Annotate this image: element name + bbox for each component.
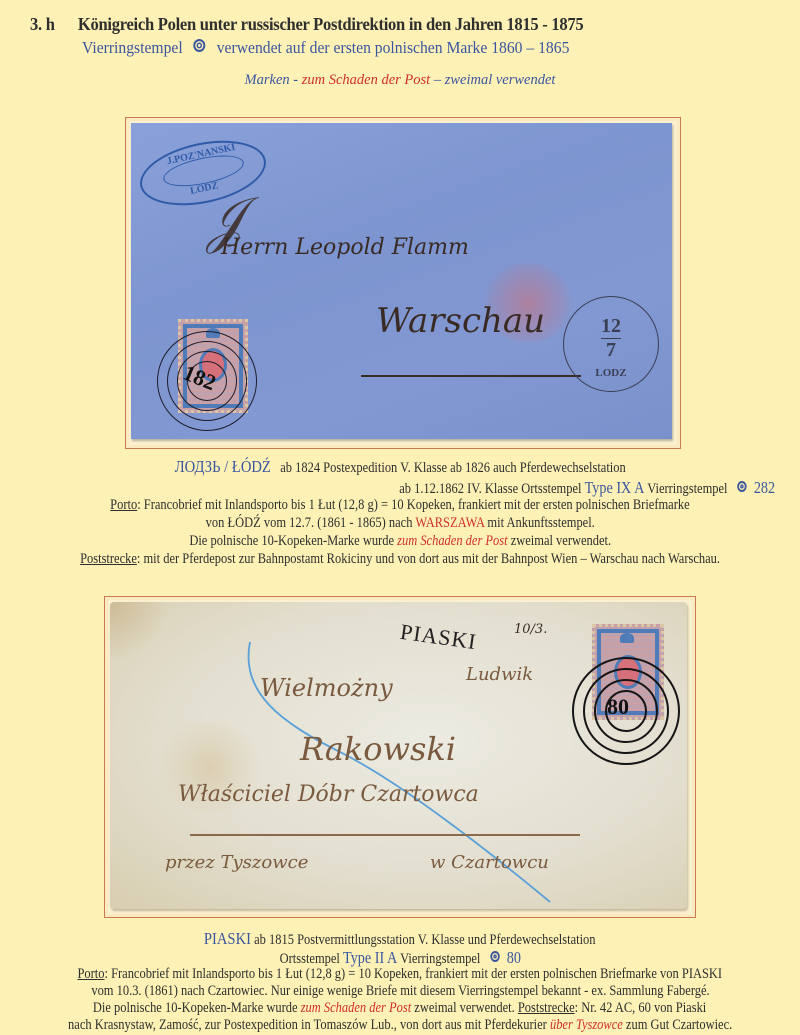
address-underline <box>190 834 580 836</box>
poststrecke-label: Poststrecke <box>80 551 137 567</box>
cover-image-piaski: PIASKI 10/3. Ludwik Wielmożny Rakowski W… <box>110 602 687 909</box>
porto-text: : Francobrief mit Inlandsporto bis 1 Łut… <box>105 966 723 982</box>
subtitle-left: Vierringstempel <box>82 38 183 57</box>
piaski-line5-red: zum Schaden der Post <box>301 1000 411 1016</box>
address-line1: Wielmożny <box>260 674 393 702</box>
piaski-line5-b: zweimal verwendet. <box>412 1000 519 1016</box>
cds-day: 12 <box>564 315 658 338</box>
piaski-line4: vom 10.3. (1861) nach Czartowiec. Nur ei… <box>91 983 709 1000</box>
four-ring-cancel-icon <box>737 481 746 492</box>
route-via-tyszowce: über Tyszowce <box>550 1017 623 1033</box>
page-title: 3. hKönigreich Polen unter russischer Po… <box>30 14 583 35</box>
town-name-lodz: ЛОДЗЬ / ŁÓDŹ <box>174 457 270 476</box>
town-name-piaski: PIASKI <box>204 929 251 948</box>
piaski-line2-a: Ortsstempel <box>279 951 342 967</box>
lodz-description-line2: ab 1.12.1862 IV. Klasse Ortsstempel Type… <box>0 478 775 498</box>
motto-red: zum Schaden der Post <box>302 72 430 88</box>
lodz-route-date-line: von ŁÓDŹ vom 12.7. (1861 - 1865) nach WA… <box>0 515 800 532</box>
four-ring-cancel-icon <box>490 951 499 962</box>
lodz-line2-b: Vierringstempel <box>644 481 730 497</box>
motto-part2: – zweimal verwendet <box>430 72 555 88</box>
address-line0: Ludwik <box>466 664 533 685</box>
poststrecke-text: : mit der Pferdepost zur Bahnpostamt Rok… <box>137 551 720 567</box>
poststrecke-text: : Nr. 42 AC, 60 von Piaski <box>575 1000 707 1016</box>
lodz-line4-b: mit Ankunftsstempel. <box>484 515 594 531</box>
cover-image-lodz: J.POZ'NANSKI LODZ 𝒥 Herrn Leopold Flamm … <box>131 123 672 439</box>
ortsstempel-type: Type IX A <box>584 478 644 497</box>
section-number: 3. h <box>30 14 78 35</box>
cancel-number: 80 <box>607 694 629 720</box>
lodz-poststrecke-line: Poststrecke: mit der Pferdepost zur Bahn… <box>0 551 800 568</box>
lodz-line5-a: Die polnische 10-Kopeken-Marke wurde <box>189 533 397 549</box>
address-line4: przez Tyszowce <box>165 852 308 873</box>
lodz-porto-line: Porto: Francobrief mit Inlandsporto bis … <box>0 497 800 514</box>
lodz-line1-text: ab 1824 Postexpedition V. Klasse ab 1826… <box>280 460 626 476</box>
piaski-reuse-line: Die polnische 10-Kopeken-Marke wurde zum… <box>0 1000 800 1017</box>
address-line2: Warschau <box>376 301 545 341</box>
address-line1: Herrn Leopold Flamm <box>221 235 469 260</box>
lodz-line2-a: ab 1.12.1862 IV. Klasse Ortsstempel <box>399 481 584 497</box>
piaski-line2-b: Vierringstempel <box>397 951 483 967</box>
lodz-line5-b: zweimal verwendet. <box>507 533 611 549</box>
lodz-reuse-line: Die polnische 10-Kopeken-Marke wurde zum… <box>0 533 800 550</box>
vierring-number: 282 <box>754 478 775 497</box>
piaski-description-line2: Ortsstempel Type II A Vierringstempel 80 <box>0 948 800 968</box>
motto-part1: Marken - <box>245 72 302 88</box>
circular-date-stamp: 12 7 LODZ <box>563 296 659 392</box>
page-subtitle: Vierringstempelverwendet auf der ersten … <box>82 38 569 58</box>
motto: Marken - zum Schaden der Post – zweimal … <box>0 72 800 89</box>
piaski-line6-b: zum Gut Czartowiec. <box>623 1017 732 1033</box>
piaski-description-line1: PIASKI ab 1815 Postvermittlungsstation V… <box>0 929 800 949</box>
piaski-porto-line: Porto: Francobrief mit Inlandsporto bis … <box>0 966 800 983</box>
lodz-description-line1: ЛОДЗЬ / ŁÓDŹ ab 1824 Postexpedition V. K… <box>0 457 800 477</box>
address-line3: Właściciel Dóbr Czartowca <box>178 782 479 807</box>
vierring-number: 80 <box>506 948 520 967</box>
lodz-line5-red: zum Schaden der Post <box>397 533 507 549</box>
porto-label: Porto <box>110 497 137 513</box>
four-ring-cancel-icon <box>194 39 206 52</box>
subtitle-right: verwendet auf der ersten polnischen Mark… <box>217 38 570 57</box>
ortsstempel-type: Type II A <box>343 948 397 967</box>
porto-text: : Francobrief mit Inlandsporto bis 1 Łut… <box>137 497 689 513</box>
address-line5: w Czartowcu <box>430 852 549 873</box>
piaski-route-date-line: vom 10.3. (1861) nach Czartowiec. Nur ei… <box>0 983 800 1000</box>
porto-label: Porto <box>78 966 105 982</box>
lodz-line4-a: von ŁÓDŹ vom 12.7. (1861 - 1865) nach <box>205 515 415 531</box>
address-underline <box>361 375 581 377</box>
piaski-line5-a: Die polnische 10-Kopeken-Marke wurde <box>93 1000 301 1016</box>
cds-month: 7 <box>564 339 658 362</box>
piaski-line6-a: nach Krasnystaw, Zamość, zur Postexpedit… <box>68 1017 550 1033</box>
piaski-line1-text: ab 1815 Postvermittlungsstation V. Klass… <box>251 932 596 948</box>
destination-warszawa: WARSZAWA <box>415 515 484 531</box>
cds-town: LODZ <box>564 367 658 379</box>
piaski-route-line: nach Krasnystaw, Zamość, zur Postexpedit… <box>0 1017 800 1034</box>
title-text: Königreich Polen unter russischer Postdi… <box>78 14 584 34</box>
address-line2: Rakowski <box>300 730 456 768</box>
poststrecke-label: Poststrecke <box>518 1000 575 1016</box>
